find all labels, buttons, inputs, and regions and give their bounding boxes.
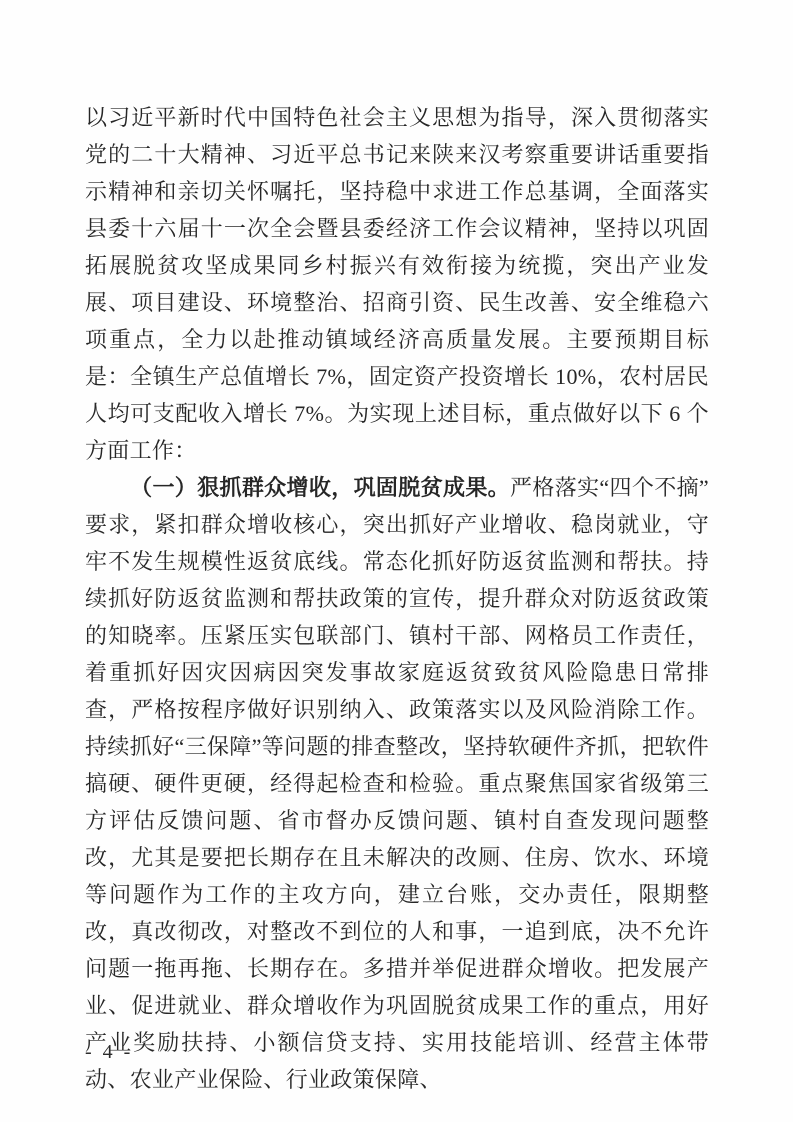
body-text: 以习近平新时代中国特色社会主义思想为指导，深入贯彻落实党的二十大精神、习近平总书…	[85, 105, 709, 463]
document-page: 以习近平新时代中国特色社会主义思想为指导，深入贯彻落实党的二十大精神、习近平总书…	[0, 0, 793, 1122]
body-text: 严格落实“四个不摘”要求，紧扣群众增收核心，突出抓好产业增收、稳岗就业，守牢不发…	[85, 475, 709, 1092]
document-body: 以习近平新时代中国特色社会主义思想为指导，深入贯彻落实党的二十大精神、习近平总书…	[85, 99, 709, 1098]
page-number: - 4 -	[85, 1040, 133, 1064]
paragraph-section-1: （一）狠抓群众增收，巩固脱贫成果。严格落实“四个不摘”要求，紧扣群众增收核心，突…	[85, 469, 709, 1098]
section-heading-text: （一）狠抓群众增收，巩固脱贫成果。	[130, 475, 510, 500]
paragraph-intro: 以习近平新时代中国特色社会主义思想为指导，深入贯彻落实党的二十大精神、习近平总书…	[85, 99, 709, 469]
